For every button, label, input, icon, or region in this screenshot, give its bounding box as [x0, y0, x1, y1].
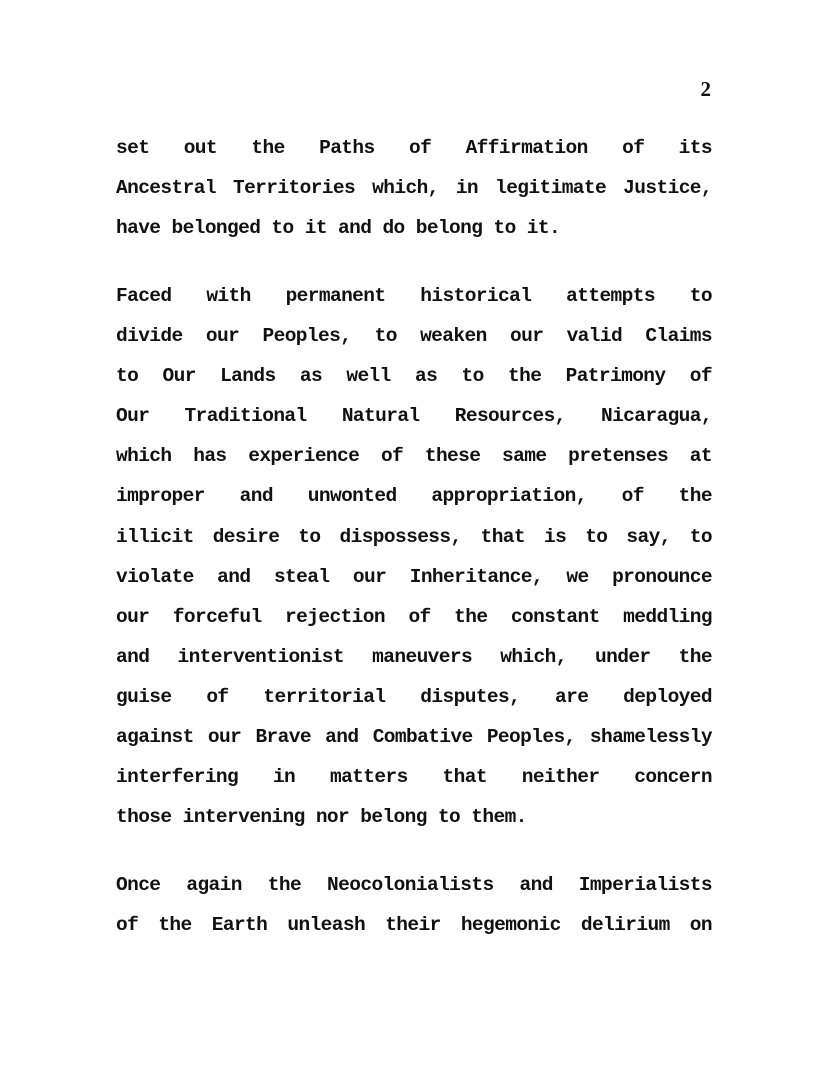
text-line: have belonged to it and do belong to it. — [116, 208, 712, 248]
text-line: Ancestral Territories which, in legitima… — [116, 168, 712, 208]
text-line: improper and unwonted appropriation, of … — [116, 476, 712, 516]
text-line: of the Earth unleash their hegemonic del… — [116, 905, 712, 945]
text-line: set out the Paths of Affirmation of its — [116, 128, 712, 168]
text-line: Faced with permanent historical attempts… — [116, 276, 712, 316]
text-line: divide our Peoples, to weaken our valid … — [116, 316, 712, 356]
text-line: those intervening nor belong to them. — [116, 797, 712, 837]
text-line: to Our Lands as well as to the Patrimony… — [116, 356, 712, 396]
text-line: our forceful rejection of the constant m… — [116, 597, 712, 637]
text-line: Our Traditional Natural Resources, Nicar… — [116, 396, 712, 436]
text-line: against our Brave and Combative Peoples,… — [116, 717, 712, 757]
text-line: interfering in matters that neither conc… — [116, 757, 712, 797]
text-line: and interventionist maneuvers which, und… — [116, 637, 712, 677]
text-line: guise of territorial disputes, are deplo… — [116, 677, 712, 717]
paragraph-ancestral-territories: set out the Paths of Affirmation of its … — [116, 128, 712, 248]
text-line: Once again the Neocolonialists and Imper… — [116, 865, 712, 905]
paragraph-neocolonialists: Once again the Neocolonialists and Imper… — [116, 865, 712, 945]
page-number: 2 — [701, 77, 712, 101]
paragraph-rejection-of-meddling: Faced with permanent historical attempts… — [116, 276, 712, 837]
text-line: violate and steal our Inheritance, we pr… — [116, 557, 712, 597]
text-line: illicit desire to dispossess, that is to… — [116, 517, 712, 557]
text-line: which has experience of these same prete… — [116, 436, 712, 476]
